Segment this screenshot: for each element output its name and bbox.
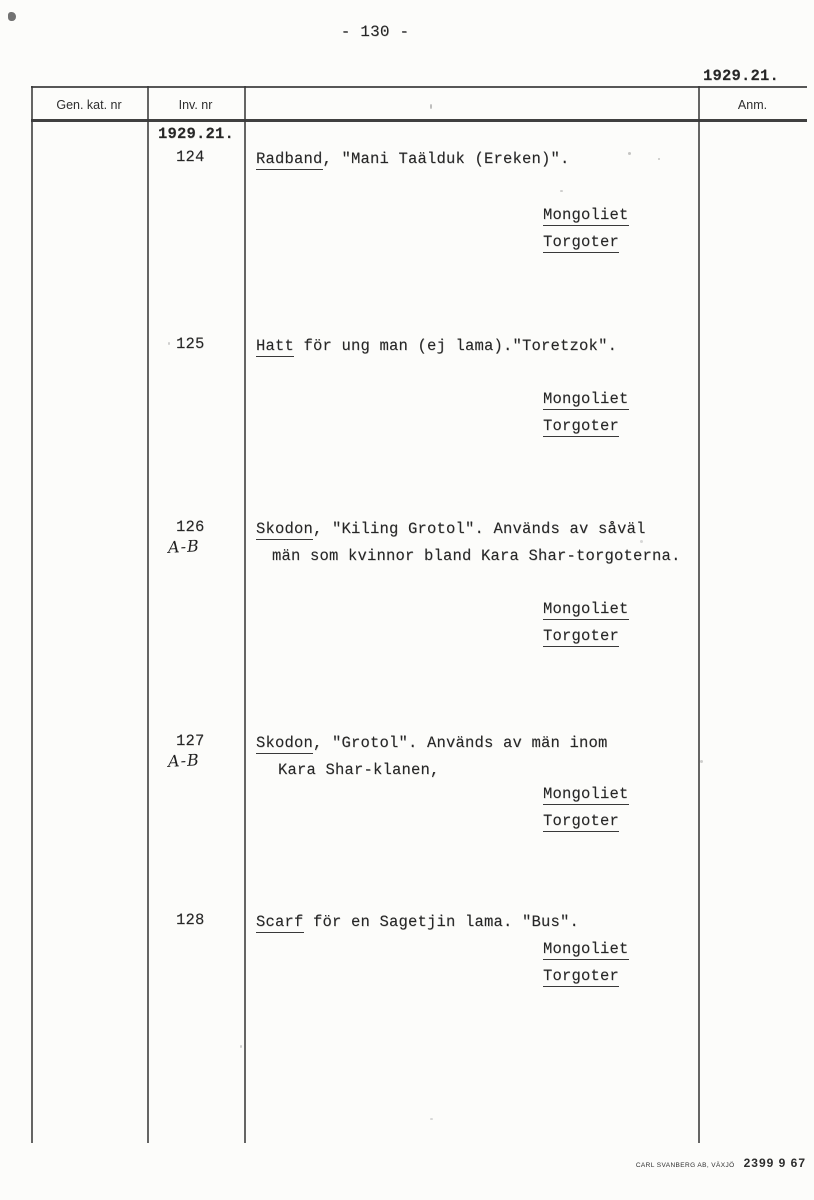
scan-speck: [168, 342, 170, 345]
column-header-anm: Anm.: [698, 98, 807, 112]
provenance-group: Torgoter: [543, 968, 619, 985]
provenance-group: Torgoter: [543, 628, 619, 645]
entry-description-line1: Skodon, "Grotol". Används av män inom: [256, 735, 608, 752]
scan-speck: [430, 104, 432, 109]
inv-nr: 128: [176, 912, 205, 929]
column-header-gen-kat-nr: Gen. kat. nr: [31, 98, 147, 112]
printer-code: 2399 9 67: [744, 1156, 806, 1170]
table-border-left: [31, 86, 33, 1143]
description-text: för ung man (ej lama)."Toretzok".: [294, 337, 617, 355]
column-divider-1: [147, 86, 149, 1143]
catalog-year-header: 1929.21.: [703, 68, 779, 85]
scan-speck: [640, 540, 643, 543]
entry-description-line2: män som kvinnor bland Kara Shar-torgoter…: [272, 548, 681, 565]
scan-speck: [8, 12, 16, 21]
provenance-group: Torgoter: [543, 813, 619, 830]
object-term: Scarf: [256, 913, 304, 933]
description-text: för en Sagetjin lama. "Bus".: [304, 913, 580, 931]
column-divider-3: [698, 86, 700, 1143]
inventory-group-label: 1929.21.: [158, 126, 234, 143]
object-term: Radband: [256, 150, 323, 170]
provenance-country: Mongoliet: [543, 601, 629, 618]
inv-nr-suffix-handwritten: A-B: [168, 536, 201, 557]
scan-speck: [628, 152, 631, 155]
description-text: , "Grotol". Används av män inom: [313, 734, 608, 752]
object-term: Hatt: [256, 337, 294, 357]
provenance-country: Mongoliet: [543, 941, 629, 958]
printer-imprint: CARL SVANBERG AB, VÄXJÖ 2399 9 67: [636, 1156, 806, 1170]
scan-speck: [700, 760, 703, 763]
entry-description: Scarf för en Sagetjin lama. "Bus".: [256, 914, 579, 931]
scan-speck: [560, 190, 563, 192]
inv-nr: 126: [176, 519, 205, 536]
column-divider-2: [244, 86, 246, 1143]
provenance-group: Torgoter: [543, 234, 619, 251]
entry-description: Radband, "Mani Taälduk (Ereken)".: [256, 151, 570, 168]
page-number: - 130 -: [300, 24, 450, 41]
entry-description-line1: Skodon, "Kiling Grotol". Används av såvä…: [256, 521, 646, 538]
printer-name: CARL SVANBERG AB, VÄXJÖ: [636, 1162, 735, 1169]
inv-nr: 125: [176, 336, 205, 353]
inv-nr: 124: [176, 149, 205, 166]
inv-nr-suffix-handwritten: A-B: [168, 750, 201, 771]
provenance-country: Mongoliet: [543, 786, 629, 803]
inv-nr: 127: [176, 733, 205, 750]
entry-description: Hatt för ung man (ej lama)."Toretzok".: [256, 338, 617, 355]
description-text: , "Kiling Grotol". Används av såväl: [313, 520, 646, 538]
object-term: Skodon: [256, 520, 313, 540]
object-term: Skodon: [256, 734, 313, 754]
column-header-inv-nr: Inv. nr: [147, 98, 244, 112]
description-text: , "Mani Taälduk (Ereken)".: [323, 150, 570, 168]
document-page: - 130 - 1929.21. Gen. kat. nr Inv. nr An…: [0, 0, 814, 1200]
entry-description-line2: Kara Shar-klanen,: [278, 762, 440, 779]
provenance-group: Torgoter: [543, 418, 619, 435]
provenance-country: Mongoliet: [543, 207, 629, 224]
provenance-country: Mongoliet: [543, 391, 629, 408]
scan-speck: [658, 158, 660, 160]
scan-speck: [430, 1118, 433, 1120]
scan-speck: [240, 1045, 242, 1048]
